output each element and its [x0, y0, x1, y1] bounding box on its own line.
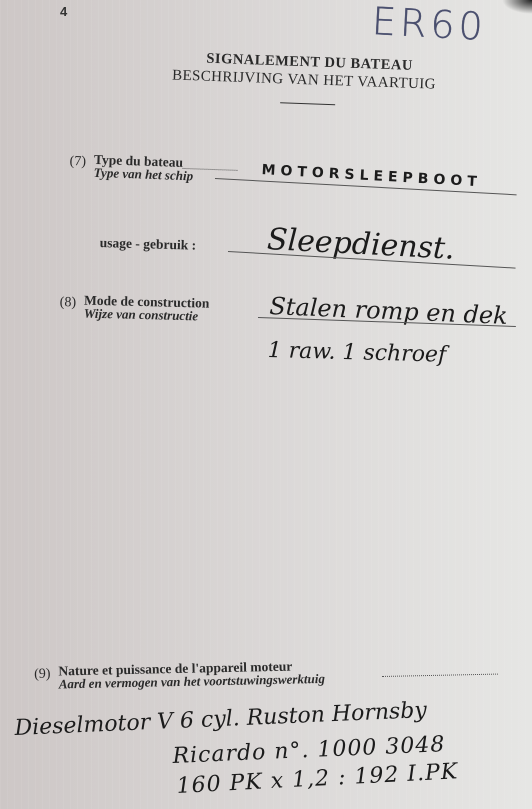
- document-title: SIGNALEMENT DU BATEAU BESCHRIJVING VAN H…: [128, 48, 480, 110]
- field-vessel-type: (7) Type du bateau Type van het schip: [69, 152, 238, 184]
- field-number: (9): [34, 667, 51, 683]
- label-dutch: Wijze van constructie: [84, 306, 199, 324]
- field-number: (7): [69, 154, 86, 171]
- construction-value-line-2: 1 raw. 1 schroef: [267, 338, 446, 368]
- field-construction: (8) Mode de construction Wijze van const…: [59, 293, 209, 323]
- label-usage: usage - gebruik :: [100, 235, 197, 253]
- usage-value: Sleepdienst.: [266, 222, 455, 267]
- page-corner-shadow: [502, 0, 532, 14]
- handwritten-reference-code: ER60: [371, 0, 488, 49]
- page-number: 4: [60, 4, 67, 19]
- engine-fill-line: [382, 674, 498, 677]
- title-divider: [280, 102, 335, 105]
- field-usage: usage - gebruik :: [99, 234, 196, 255]
- label-dutch: Type van het schip: [93, 165, 193, 183]
- field-engine: (9) Nature et puissance de l'appareil mo…: [34, 659, 325, 691]
- engine-value-line-1: Dieselmotor V 6 cyl. Ruston Hornsby: [14, 698, 427, 741]
- field-number: (8): [60, 295, 77, 311]
